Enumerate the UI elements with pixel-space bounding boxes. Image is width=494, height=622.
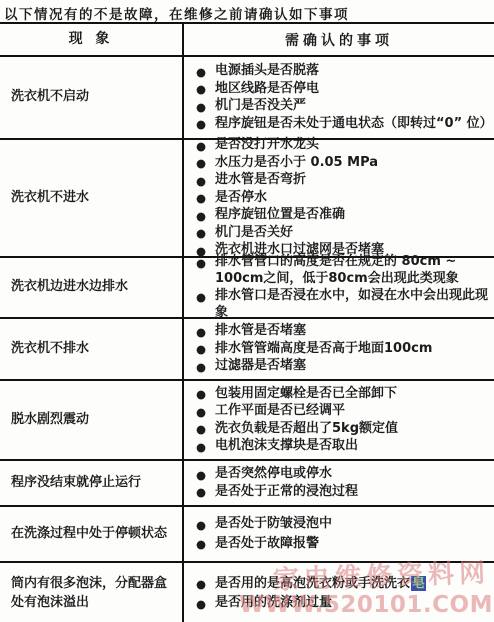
confirm-cell: 包装用固定螺栓是否已全部卸下 工作平面是否已经调平 洗衣负载是否超出了5kg额定…	[184, 381, 494, 459]
page-title: 以下情况有的不是故障，在维修之前请确认如下事项	[0, 0, 494, 22]
phenomenon-label: 在洗涤过程中处于停顿状态	[0, 507, 184, 561]
checklist-item: 程序旋钮位置是否准确	[196, 207, 490, 224]
checklist-item: 过滤器是否堵塞	[196, 358, 490, 375]
table-row: 在洗涤过程中处于停顿状态 是否处于防皱浸泡中 是否处于故障报警	[0, 507, 494, 563]
confirm-cell: 排水管管口的高度是否在规定的 80cm ~ 100cm之间，低于80cm会出现此…	[184, 258, 494, 317]
checklist-item: 机门是否关好	[196, 225, 490, 242]
checklist-item: 地区线路是否停电	[196, 81, 490, 98]
checklist-item: 电源插头是否脱落	[196, 63, 490, 80]
table-row: 洗衣机不进水 是否没打开水龙头 水压力是否小于 0.05 MPa 进水管是否弯折…	[0, 140, 494, 258]
checklist-item: 排水管管端高度是否高于地面100cm	[196, 341, 490, 358]
checklist: 是否没打开水龙头 水压力是否小于 0.05 MPa 进水管是否弯折 是否停水 程…	[196, 136, 490, 260]
checklist-item-text: 是否用的是高泡洗衣粉或手洗洗衣	[215, 576, 410, 591]
checklist-item: 包装用固定螺栓是否已全部卸下	[196, 386, 490, 403]
checklist-item: 洗衣负载是否超出了5kg额定值	[196, 421, 490, 438]
confirm-cell: 排水管是否堵塞 排水管管端高度是否高于地面100cm 过滤器是否堵塞	[184, 319, 494, 379]
phenomenon-label: 筒内有很多泡沫，分配器盒处有泡沫溢出	[0, 563, 184, 622]
checklist: 排水管是否堵塞 排水管管端高度是否高于地面100cm 过滤器是否堵塞	[196, 322, 490, 376]
manual-scan-page: 以下情况有的不是故障，在维修之前请确认如下事项 现 象 需确认的事项 洗衣机不启…	[0, 0, 494, 622]
confirm-cell: 电源插头是否脱落 地区线路是否停电 机门是否没关严 程序旋钮是否未处于通电状态（…	[184, 57, 494, 138]
checklist-item: 是否处于正常的浸泡过程	[196, 484, 490, 501]
phenomenon-label: 洗衣机不排水	[0, 319, 184, 379]
checklist: 是否用的是高泡洗衣粉或手洗洗衣皂 是否用的洗涤剂过量	[196, 573, 490, 615]
table-row: 筒内有很多泡沫，分配器盒处有泡沫溢出 是否用的是高泡洗衣粉或手洗洗衣皂 是否用的…	[0, 563, 494, 622]
checklist: 是否突然停电或停水 是否处于正常的浸泡过程	[196, 465, 490, 501]
checklist-item: 工作平面是否已经调平	[196, 403, 490, 420]
confirm-cell: 是否没打开水龙头 水压力是否小于 0.05 MPa 进水管是否弯折 是否停水 程…	[184, 140, 494, 256]
table-row: 脱水剧烈震动 包装用固定螺栓是否已全部卸下 工作平面是否已经调平 洗衣负载是否超…	[0, 381, 494, 461]
checklist-item: 是否用的洗涤剂过量	[196, 595, 490, 612]
phenomenon-label: 洗衣机边进水边排水	[0, 258, 184, 317]
header-phenomenon: 现 象	[0, 24, 184, 55]
table-row: 程序没结束就停止运行 是否突然停电或停水 是否处于正常的浸泡过程	[0, 461, 494, 507]
phenomenon-label: 脱水剧烈震动	[0, 381, 184, 459]
checklist-item: 是否停水	[196, 190, 490, 207]
checklist-item: 机门是否没关严	[196, 98, 490, 115]
checklist: 是否处于防皱浸泡中 是否处于故障报警	[196, 513, 490, 555]
checklist-item: 进水管是否弯折	[196, 172, 490, 189]
checklist-item: 排水管管口的高度是否在规定的 80cm ~ 100cm之间，低于80cm会出现此…	[196, 254, 490, 287]
checklist-item: 排水管口是否浸在水中，如浸在水中会出现此现象	[196, 288, 490, 321]
phenomenon-label: 洗衣机不启动	[0, 57, 184, 138]
checklist: 电源插头是否脱落 地区线路是否停电 机门是否没关严 程序旋钮是否未处于通电状态（…	[196, 62, 490, 133]
checklist-item: 是否突然停电或停水	[196, 466, 490, 483]
checklist-item: 是否没打开水龙头	[196, 137, 490, 154]
checklist-item: 程序旋钮是否未处于通电状态（即转过“0” 位）	[196, 116, 490, 133]
table-header-row: 现 象 需确认的事项	[0, 24, 494, 57]
checklist-item: 是否用的是高泡洗衣粉或手洗洗衣皂	[196, 576, 490, 593]
header-confirm-items: 需确认的事项	[184, 24, 494, 55]
table-row: 洗衣机边进水边排水 排水管管口的高度是否在规定的 80cm ~ 100cm之间，…	[0, 258, 494, 319]
highlighted-char: 皂	[411, 576, 426, 591]
table-row: 洗衣机不排水 排水管是否堵塞 排水管管端高度是否高于地面100cm 过滤器是否堵…	[0, 319, 494, 381]
phenomenon-label: 洗衣机不进水	[0, 140, 184, 256]
table-row: 洗衣机不启动 电源插头是否脱落 地区线路是否停电 机门是否没关严 程序旋钮是否未…	[0, 57, 494, 140]
checklist-item: 电机泡沫支撑块是否取出	[196, 438, 490, 455]
confirm-cell: 是否用的是高泡洗衣粉或手洗洗衣皂 是否用的洗涤剂过量	[184, 563, 494, 622]
checklist-item: 是否处于故障报警	[196, 536, 490, 553]
checklist: 排水管管口的高度是否在规定的 80cm ~ 100cm之间，低于80cm会出现此…	[196, 253, 490, 322]
confirm-cell: 是否处于防皱浸泡中 是否处于故障报警	[184, 507, 494, 561]
checklist-item: 排水管是否堵塞	[196, 323, 490, 340]
troubleshooting-table: 现 象 需确认的事项 洗衣机不启动 电源插头是否脱落 地区线路是否停电 机门是否…	[0, 22, 494, 622]
confirm-cell: 是否突然停电或停水 是否处于正常的浸泡过程	[184, 461, 494, 505]
checklist: 包装用固定螺栓是否已全部卸下 工作平面是否已经调平 洗衣负载是否超出了5kg额定…	[196, 385, 490, 456]
checklist-item: 水压力是否小于 0.05 MPa	[196, 155, 490, 172]
checklist-item: 是否处于防皱浸泡中	[196, 516, 490, 533]
phenomenon-label: 程序没结束就停止运行	[0, 461, 184, 505]
